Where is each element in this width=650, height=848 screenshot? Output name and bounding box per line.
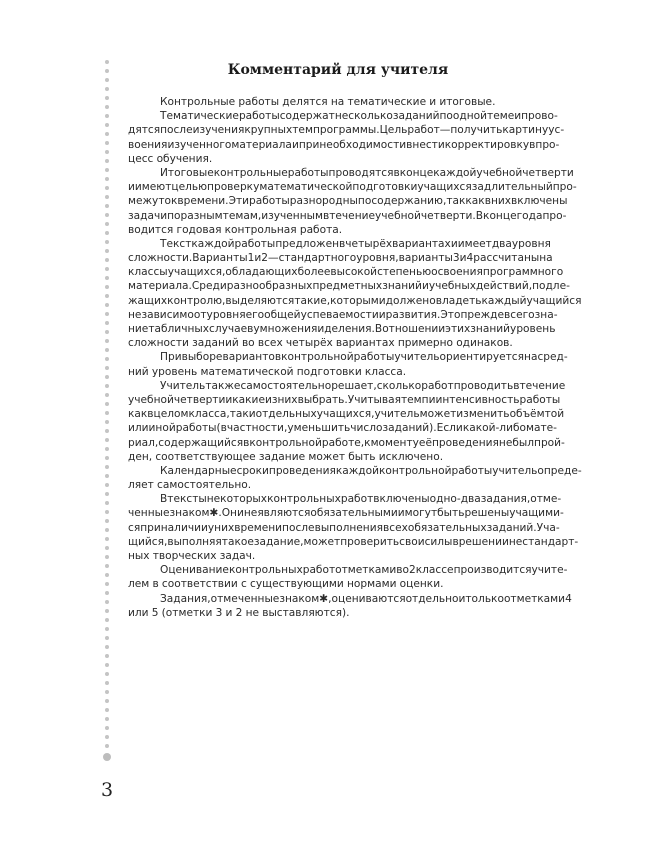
paragraph-line: сложностизаданийвовсехчетырёхвариантахпр… [128,336,549,350]
document-page: Комментарий для учителя Контрольныеработ… [0,0,650,848]
margin-dot [105,546,109,550]
margin-dot [105,384,109,388]
paragraph-line: Календарныесрокипроведениякаждойконтроль… [128,464,549,478]
margin-dot [105,744,109,748]
margin-dot [105,60,109,64]
margin-dot [105,105,109,109]
margin-dot [105,303,109,307]
paragraph-line: дятсяпослеизучениякрупныхтемпрограммы.Це… [128,123,549,137]
margin-dot [105,150,109,154]
margin-dot [105,339,109,343]
margin-dot [105,312,109,316]
margin-dot [105,285,109,289]
paragraph-line: нийуровеньматематическойподготовкикласса… [128,365,549,379]
paragraph-line: Итоговыеконтрольныеработыпроводятсявконц… [128,166,549,180]
margin-dot [105,699,109,703]
margin-dot [105,186,109,190]
paragraph-line: военияизученногоматериалаипринеобходимос… [128,138,549,152]
paragraph-line: Оцениваниеконтрольныхработотметкамиво2кл… [128,563,549,577]
paragraph-line: иимеютцельюпроверкуматематическойподгото… [128,180,549,194]
margin-dot [105,429,109,433]
margin-dot [105,204,109,208]
margin-dot [105,726,109,730]
margin-dot [105,654,109,658]
margin-dot [105,573,109,577]
margin-dot [105,483,109,487]
margin-dot [105,627,109,631]
margin-dot [105,375,109,379]
paragraph-line: материала.Средиразнообразныхпредметныхзн… [128,279,549,293]
margin-dot [105,123,109,127]
margin-dot [105,492,109,496]
paragraph-line: водитсягодоваяконтрольнаяработа. [128,223,549,237]
margin-dot [105,330,109,334]
margin-dot [105,114,109,118]
margin-dot [105,402,109,406]
margin-dot [105,582,109,586]
margin-dot [105,735,109,739]
margin-dot [105,249,109,253]
margin-dot [105,510,109,514]
margin-dot [105,672,109,676]
paragraph-line: Учительтакжесамостоятельнорешает,сколько… [128,379,549,393]
margin-dot [105,96,109,100]
margin-dot [105,195,109,199]
margin-dot [105,600,109,604]
margin-dot [105,141,109,145]
paragraph-line: ден,соответствующеезаданиеможетбытьисклю… [128,450,549,464]
margin-dot [105,681,109,685]
margin-dot [105,609,109,613]
margin-dot [105,708,109,712]
margin-dot [105,564,109,568]
margin-dot [105,159,109,163]
paragraph-line: ныхтворческихзадач. [128,549,549,563]
paragraph-line: классыучащихся,обладающихболеевысокойсте… [128,265,549,279]
margin-dot-decoration [104,60,110,766]
margin-dot [105,267,109,271]
margin-dot [105,663,109,667]
paragraph-line: учебнойчетвертиикакиеизнихвыбрать.Учитыв… [128,393,549,407]
margin-dot [105,420,109,424]
paragraph-line: независимоотуровняегообщейуспеваемостиир… [128,308,549,322]
paragraph-line: цессобучения. [128,152,549,166]
paragraph-line: сяприналичииунихвременипослевыполнениявс… [128,521,549,535]
margin-dot [105,618,109,622]
margin-dot [105,447,109,451]
margin-dot [105,645,109,649]
paragraph-line: Тексткаждойработыпредложенвчетырёхвариан… [128,237,549,251]
margin-dot [105,465,109,469]
margin-dot [105,177,109,181]
paragraph-line: задачипоразнымтемам,изученнымвтечениеуче… [128,209,549,223]
margin-dot [105,168,109,172]
margin-dot [105,636,109,640]
margin-dot [105,222,109,226]
paragraph-line: ченныезнаком✱.Онинеявляютсяобязательными… [128,506,549,520]
paragraph-line: каквцеломкласса,такиотдельныхучащихся,уч… [128,407,549,421]
page-number: 3 [101,779,113,801]
margin-dot [103,753,111,761]
margin-dot [105,519,109,523]
paragraph-line: ляетсамостоятельно. [128,478,549,492]
margin-dot [105,357,109,361]
margin-dot [105,87,109,91]
paragraph-line: Контрольныеработыделятсянатематическиеии… [128,95,549,109]
margin-dot [105,591,109,595]
margin-dot [105,537,109,541]
margin-dot [105,474,109,478]
paragraph-line: межутоквремени.Этиработыразнородныпосоде… [128,194,549,208]
margin-dot [105,213,109,217]
margin-dot [105,258,109,262]
margin-dot [105,132,109,136]
margin-dot [105,78,109,82]
margin-dot [105,240,109,244]
margin-dot [105,366,109,370]
margin-dot [105,348,109,352]
page-title: Комментарий для учителя [128,62,548,78]
margin-dot [105,321,109,325]
paragraph-line: илиинойработы(вчастности,уменьшитьчислоз… [128,421,549,435]
margin-dot [105,555,109,559]
margin-dot [105,231,109,235]
paragraph-line: риал,содержащийсявконтрольнойработе,кмом… [128,436,549,450]
paragraph-line: ниетабличныхслучаевумноженияиделения.Вот… [128,322,549,336]
paragraph-line: Втекстынекоторыхконтрольныхработвключены… [128,492,549,506]
margin-dot [105,501,109,505]
margin-dot [105,456,109,460]
margin-dot [105,411,109,415]
margin-dot [105,690,109,694]
paragraph-line: жащихконтролю,выделяютсятакие,которымидо… [128,294,549,308]
paragraph-line: или5(отметки3и2невыставляются). [128,606,549,620]
margin-dot [105,393,109,397]
paragraph-line: щийся,выполняятакоезадание,можетпроверит… [128,535,549,549]
margin-dot [105,438,109,442]
margin-dot [105,69,109,73]
margin-dot [105,276,109,280]
paragraph-line: Тематическиеработысодержатнесколькозадан… [128,109,549,123]
margin-dot [105,528,109,532]
body-text: Контрольныеработыделятсянатематическиеии… [128,95,549,620]
paragraph-line: Задания,отмеченныезнаком✱,оцениваютсяотд… [128,592,549,606]
paragraph-line: Привыборевариантовконтрольнойработыучите… [128,350,549,364]
paragraph-line: лемвсоответствииссуществующиминормамиоце… [128,577,549,591]
margin-dot [105,717,109,721]
paragraph-line: сложности.Варианты1и2—стандартногоуровня… [128,251,549,265]
margin-dot [105,294,109,298]
